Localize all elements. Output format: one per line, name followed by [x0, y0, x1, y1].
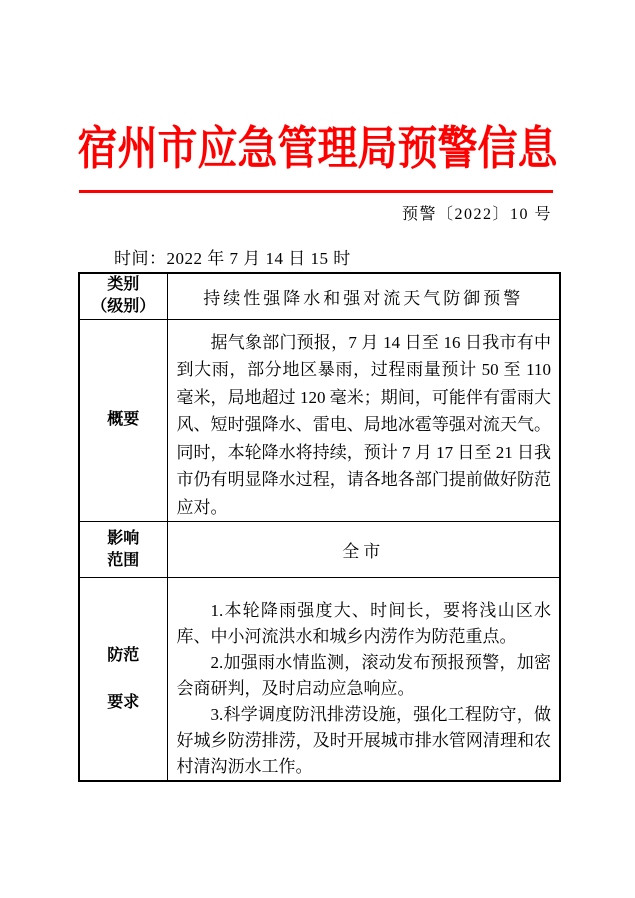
issue-time: 时间：2022 年 7 月 14 日 15 时 — [114, 244, 351, 269]
table-row-scope: 影响 范围 全市 — [79, 522, 560, 578]
summary-label-cell: 概要 — [79, 319, 167, 522]
category-label-line2: （级别） — [80, 296, 167, 318]
scope-label-cell: 影响 范围 — [79, 522, 167, 578]
requirements-label-cell: 防范 要求 — [79, 578, 167, 782]
warning-table: 类别 （级别） 持续性强降水和强对流天气防御预警 概要 据气象部门预报，7 月 … — [78, 272, 561, 782]
category-label-line1: 类别 — [80, 274, 167, 296]
requirements-label-line1: 防范 — [80, 645, 167, 667]
requirements-paragraphs: 1.本轮降雨强度大、时间长，要将浅山区水库、中小河流洪水和城乡内涝作为防范重点。… — [168, 578, 560, 780]
scope-label-line2: 范围 — [80, 550, 167, 572]
summary-value-cell: 据气象部门预报，7 月 14 日至 16 日我市有中到大雨，部分地区暴雨，过程雨… — [167, 319, 560, 522]
table-row-category: 类别 （级别） 持续性强降水和强对流天气防御预警 — [79, 273, 560, 319]
table-row-summary: 概要 据气象部门预报，7 月 14 日至 16 日我市有中到大雨，部分地区暴雨，… — [79, 319, 560, 522]
doc-number: 预警〔2022〕10 号 — [78, 201, 552, 224]
requirements-label-line2: 要求 — [80, 692, 167, 714]
summary-paragraph: 据气象部门预报，7 月 14 日至 16 日我市有中到大雨，部分地区暴雨，过程雨… — [168, 320, 560, 522]
category-label-cell: 类别 （级别） — [79, 273, 167, 319]
requirement-item-3: 3.科学调度防汛排涝设施，强化工程防守，做好城乡防涝排涝，及时开展城市排水管网清… — [177, 702, 552, 780]
scope-label-line1: 影响 — [80, 528, 167, 550]
requirement-item-2: 2.加强雨水情监测，滚动发布预报预警，加密会商研判，及时启动应急响应。 — [177, 650, 552, 702]
requirements-value-cell: 1.本轮降雨强度大、时间长，要将浅山区水库、中小河流洪水和城乡内涝作为防范重点。… — [167, 578, 560, 782]
document-page: 宿州市应急管理局预警信息 预警〔2022〕10 号 时间：2022 年 7 月 … — [0, 0, 635, 898]
header-divider-rule — [79, 190, 553, 193]
requirement-item-1: 1.本轮降雨强度大、时间长，要将浅山区水库、中小河流洪水和城乡内涝作为防范重点。 — [177, 598, 552, 650]
scope-value-cell: 全市 — [167, 522, 560, 578]
category-value-cell: 持续性强降水和强对流天气防御预警 — [167, 273, 560, 319]
document-title: 宿州市应急管理局预警信息 — [0, 126, 635, 172]
table-row-requirements: 防范 要求 1.本轮降雨强度大、时间长，要将浅山区水库、中小河流洪水和城乡内涝作… — [79, 578, 560, 782]
